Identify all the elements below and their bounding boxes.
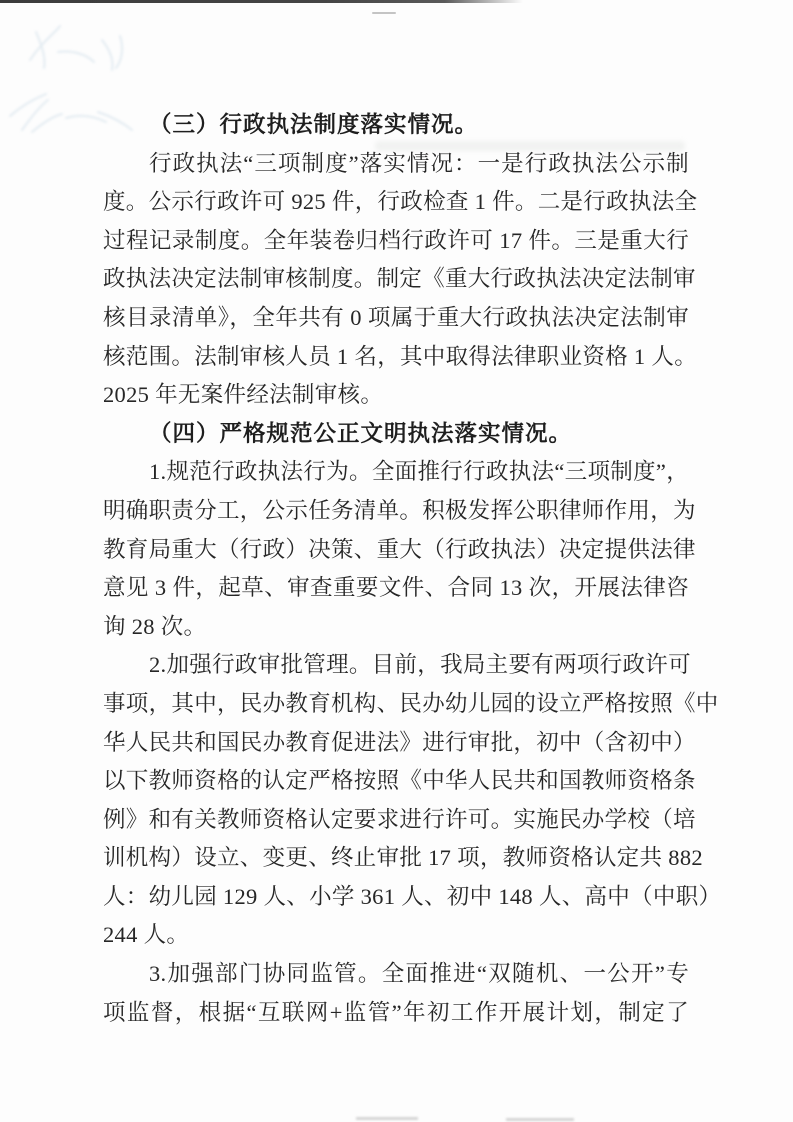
document-body: （三）行政执法制度落实情况。 行政执法“三项制度”落实情况：一是行政执法公示制 … — [103, 106, 689, 1032]
doc-line: 例》和有关教师资格认定要求进行许可。实施民办学校（培 — [103, 801, 689, 840]
scan-edge-line-artifact — [0, 0, 523, 3]
doc-line: 行政执法“三项制度”落实情况：一是行政执法公示制 — [103, 145, 689, 184]
doc-line: 核目录清单》，全年共有 0 项属于重大行政执法决定法制审 — [103, 299, 689, 338]
doc-line: 华人民共和国民办教育促进法》进行审批，初中（含初中） — [103, 724, 689, 763]
doc-line: 2.加强行政审批管理。目前，我局主要有两项行政许可 — [103, 646, 689, 685]
doc-line: 询 28 次。 — [103, 608, 689, 647]
doc-line: 项监督，根据“互联网+监管”年初工作开展计划，制定了 — [103, 994, 689, 1033]
doc-line: 过程记录制度。全年装卷归档行政许可 17 件。三是重大行 — [103, 222, 689, 261]
doc-line: 人：幼儿园 129 人、小学 361 人、初中 148 人、高中（中职） — [103, 878, 689, 917]
section-heading: （三）行政执法制度落实情况。 — [103, 106, 689, 145]
scan-dash-artifact — [372, 12, 396, 14]
doc-line: 事项，其中，民办教育机构、民办幼儿园的设立严格按照《中 — [103, 685, 689, 724]
doc-line: 度。公示行政许可 925 件，行政检查 1 件。二是行政执法全 — [103, 183, 689, 222]
document-page: （三）行政执法制度落实情况。 行政执法“三项制度”落实情况：一是行政执法公示制 … — [0, 0, 793, 1122]
doc-line: 1.规范行政执法行为。全面推行行政执法“三项制度”， — [103, 453, 689, 492]
doc-line: 意见 3 件，起草、审查重要文件、合同 13 次，开展法律咨 — [103, 569, 689, 608]
doc-line: 教育局重大（行政）决策、重大（行政执法）决定提供法律 — [103, 531, 689, 570]
bottom-smudge-artifact — [506, 1118, 574, 1121]
doc-line: 244 人。 — [103, 916, 689, 955]
doc-line: 核范围。法制审核人员 1 名，其中取得法律职业资格 1 人。 — [103, 338, 689, 377]
doc-line: 政执法决定法制审核制度。制定《重大行政执法决定法制审 — [103, 260, 689, 299]
doc-line: 3.加强部门协同监管。全面推进“双随机、一公开”专 — [103, 955, 689, 994]
doc-line: 2025 年无案件经法制审核。 — [103, 376, 689, 415]
doc-line: 明确职责分工，公示任务清单。积极发挥公职律师作用，为 — [103, 492, 689, 531]
doc-line: 以下教师资格的认定严格按照《中华人民共和国教师资格条 — [103, 762, 689, 801]
section-heading: （四）严格规范公正文明执法落实情况。 — [103, 415, 689, 454]
doc-line: 训机构）设立、变更、终止审批 17 项，教师资格认定共 882 — [103, 839, 689, 878]
bottom-smudge-artifact — [356, 1117, 418, 1120]
